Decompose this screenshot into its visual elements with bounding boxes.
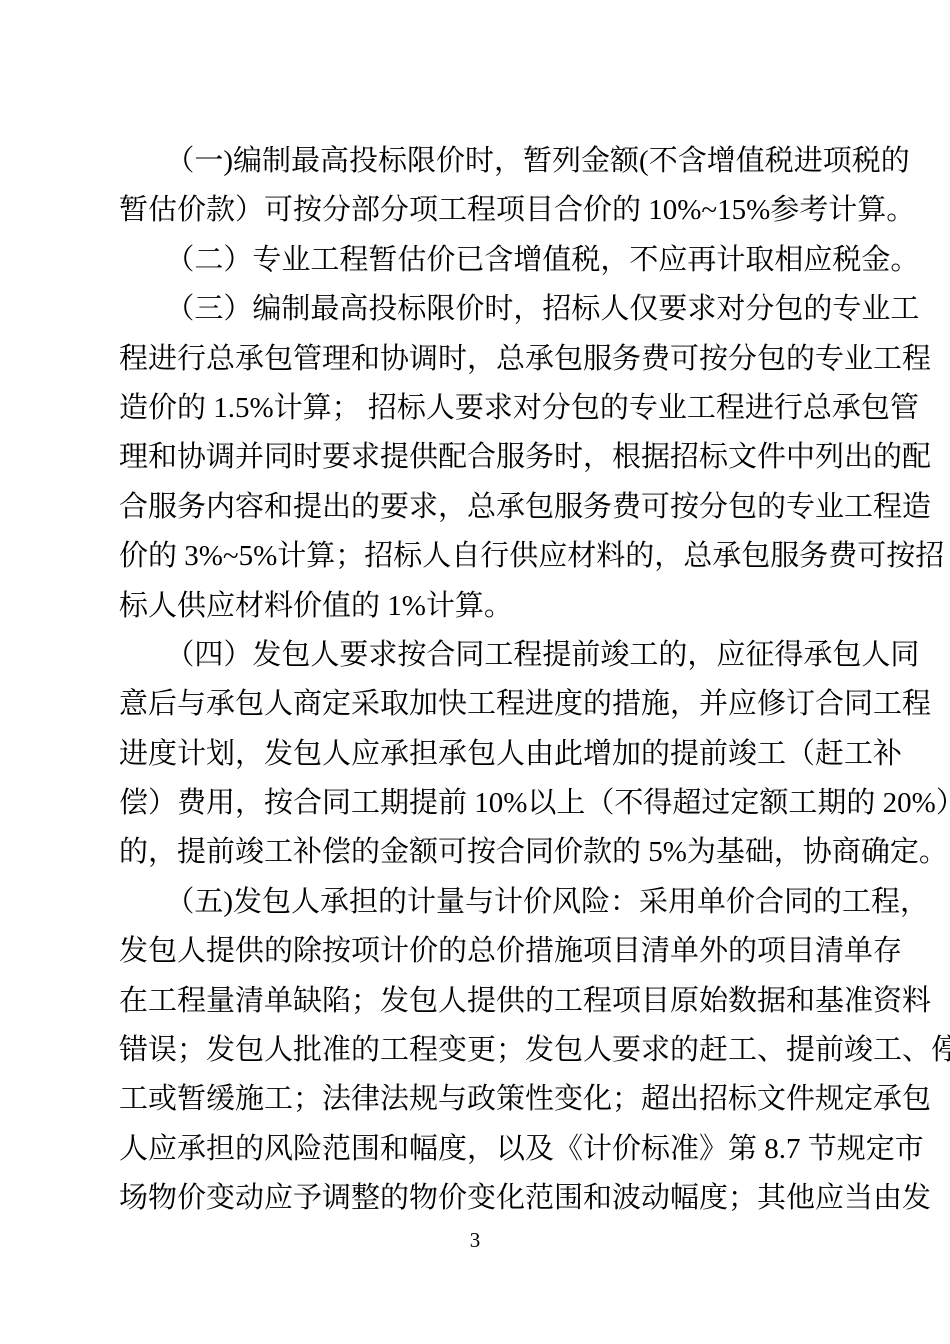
text-line: 价的 3%~5%计算；招标人自行供应材料的，总承包服务费可按招: [119, 532, 838, 581]
text-line: 暂估价款）可按分部分项工程项目合价的 10%~15%参考计算。: [119, 186, 838, 235]
text-line: 工或暂缓施工；法律法规与政策性变化；超出招标文件规定承包: [119, 1075, 838, 1124]
text-line: 在工程量清单缺陷；发包人提供的工程项目原始数据和基准资料: [119, 977, 838, 1026]
text-line: 程进行总承包管理和协调时，总承包服务费可按分包的专业工程: [119, 335, 838, 384]
text-line: （五)发包人承担的计量与计价风险：采用单价合同的工程，: [119, 878, 838, 927]
text-line: （三）编制最高投标限价时，招标人仅要求对分包的专业工: [119, 285, 838, 334]
text-line: 理和协调并同时要求提供配合服务时，根据招标文件中列出的配: [119, 433, 838, 482]
text-line: 场物价变动应予调整的物价变化范围和波动幅度；其他应当由发: [119, 1174, 838, 1223]
page-number: 3: [0, 1226, 950, 1254]
text-line: 意后与承包人商定采取加快工程进度的措施，并应修订合同工程: [119, 680, 838, 729]
document-page: （一)编制最高投标限价时，暂列金额(不含增值税进项税的 暂估价款）可按分部分项工…: [0, 0, 950, 1344]
text-line: 的，提前竣工补偿的金额可按合同价款的 5%为基础，协商确定。: [119, 828, 838, 877]
text-line: 造价的 1.5%计算； 招标人要求对分包的专业工程进行总承包管: [119, 384, 838, 433]
text-line: （二）专业工程暂估价已含增值税，不应再计取相应税金。: [119, 236, 838, 285]
text-line: 错误；发包人批准的工程变更；发包人要求的赶工、提前竣工、停: [119, 1026, 838, 1075]
text-line: 偿）费用，按合同工期提前 10%以上（不得超过定额工期的 20%）: [119, 779, 838, 828]
text-line: 发包人提供的除按项计价的总价措施项目清单外的项目清单存: [119, 927, 838, 976]
text-line: 人应承担的风险范围和幅度，以及《计价标准》第 8.7 节规定市: [119, 1125, 838, 1174]
text-line: 进度计划，发包人应承担承包人由此增加的提前竣工（赶工补: [119, 730, 838, 779]
text-line: （一)编制最高投标限价时，暂列金额(不含增值税进项税的: [119, 137, 838, 186]
text-line: 合服务内容和提出的要求，总承包服务费可按分包的专业工程造: [119, 483, 838, 532]
document-body: （一)编制最高投标限价时，暂列金额(不含增值税进项税的 暂估价款）可按分部分项工…: [119, 137, 838, 1224]
text-line: （四）发包人要求按合同工程提前竣工的，应征得承包人同: [119, 631, 838, 680]
text-line: 标人供应材料价值的 1%计算。: [119, 582, 838, 631]
